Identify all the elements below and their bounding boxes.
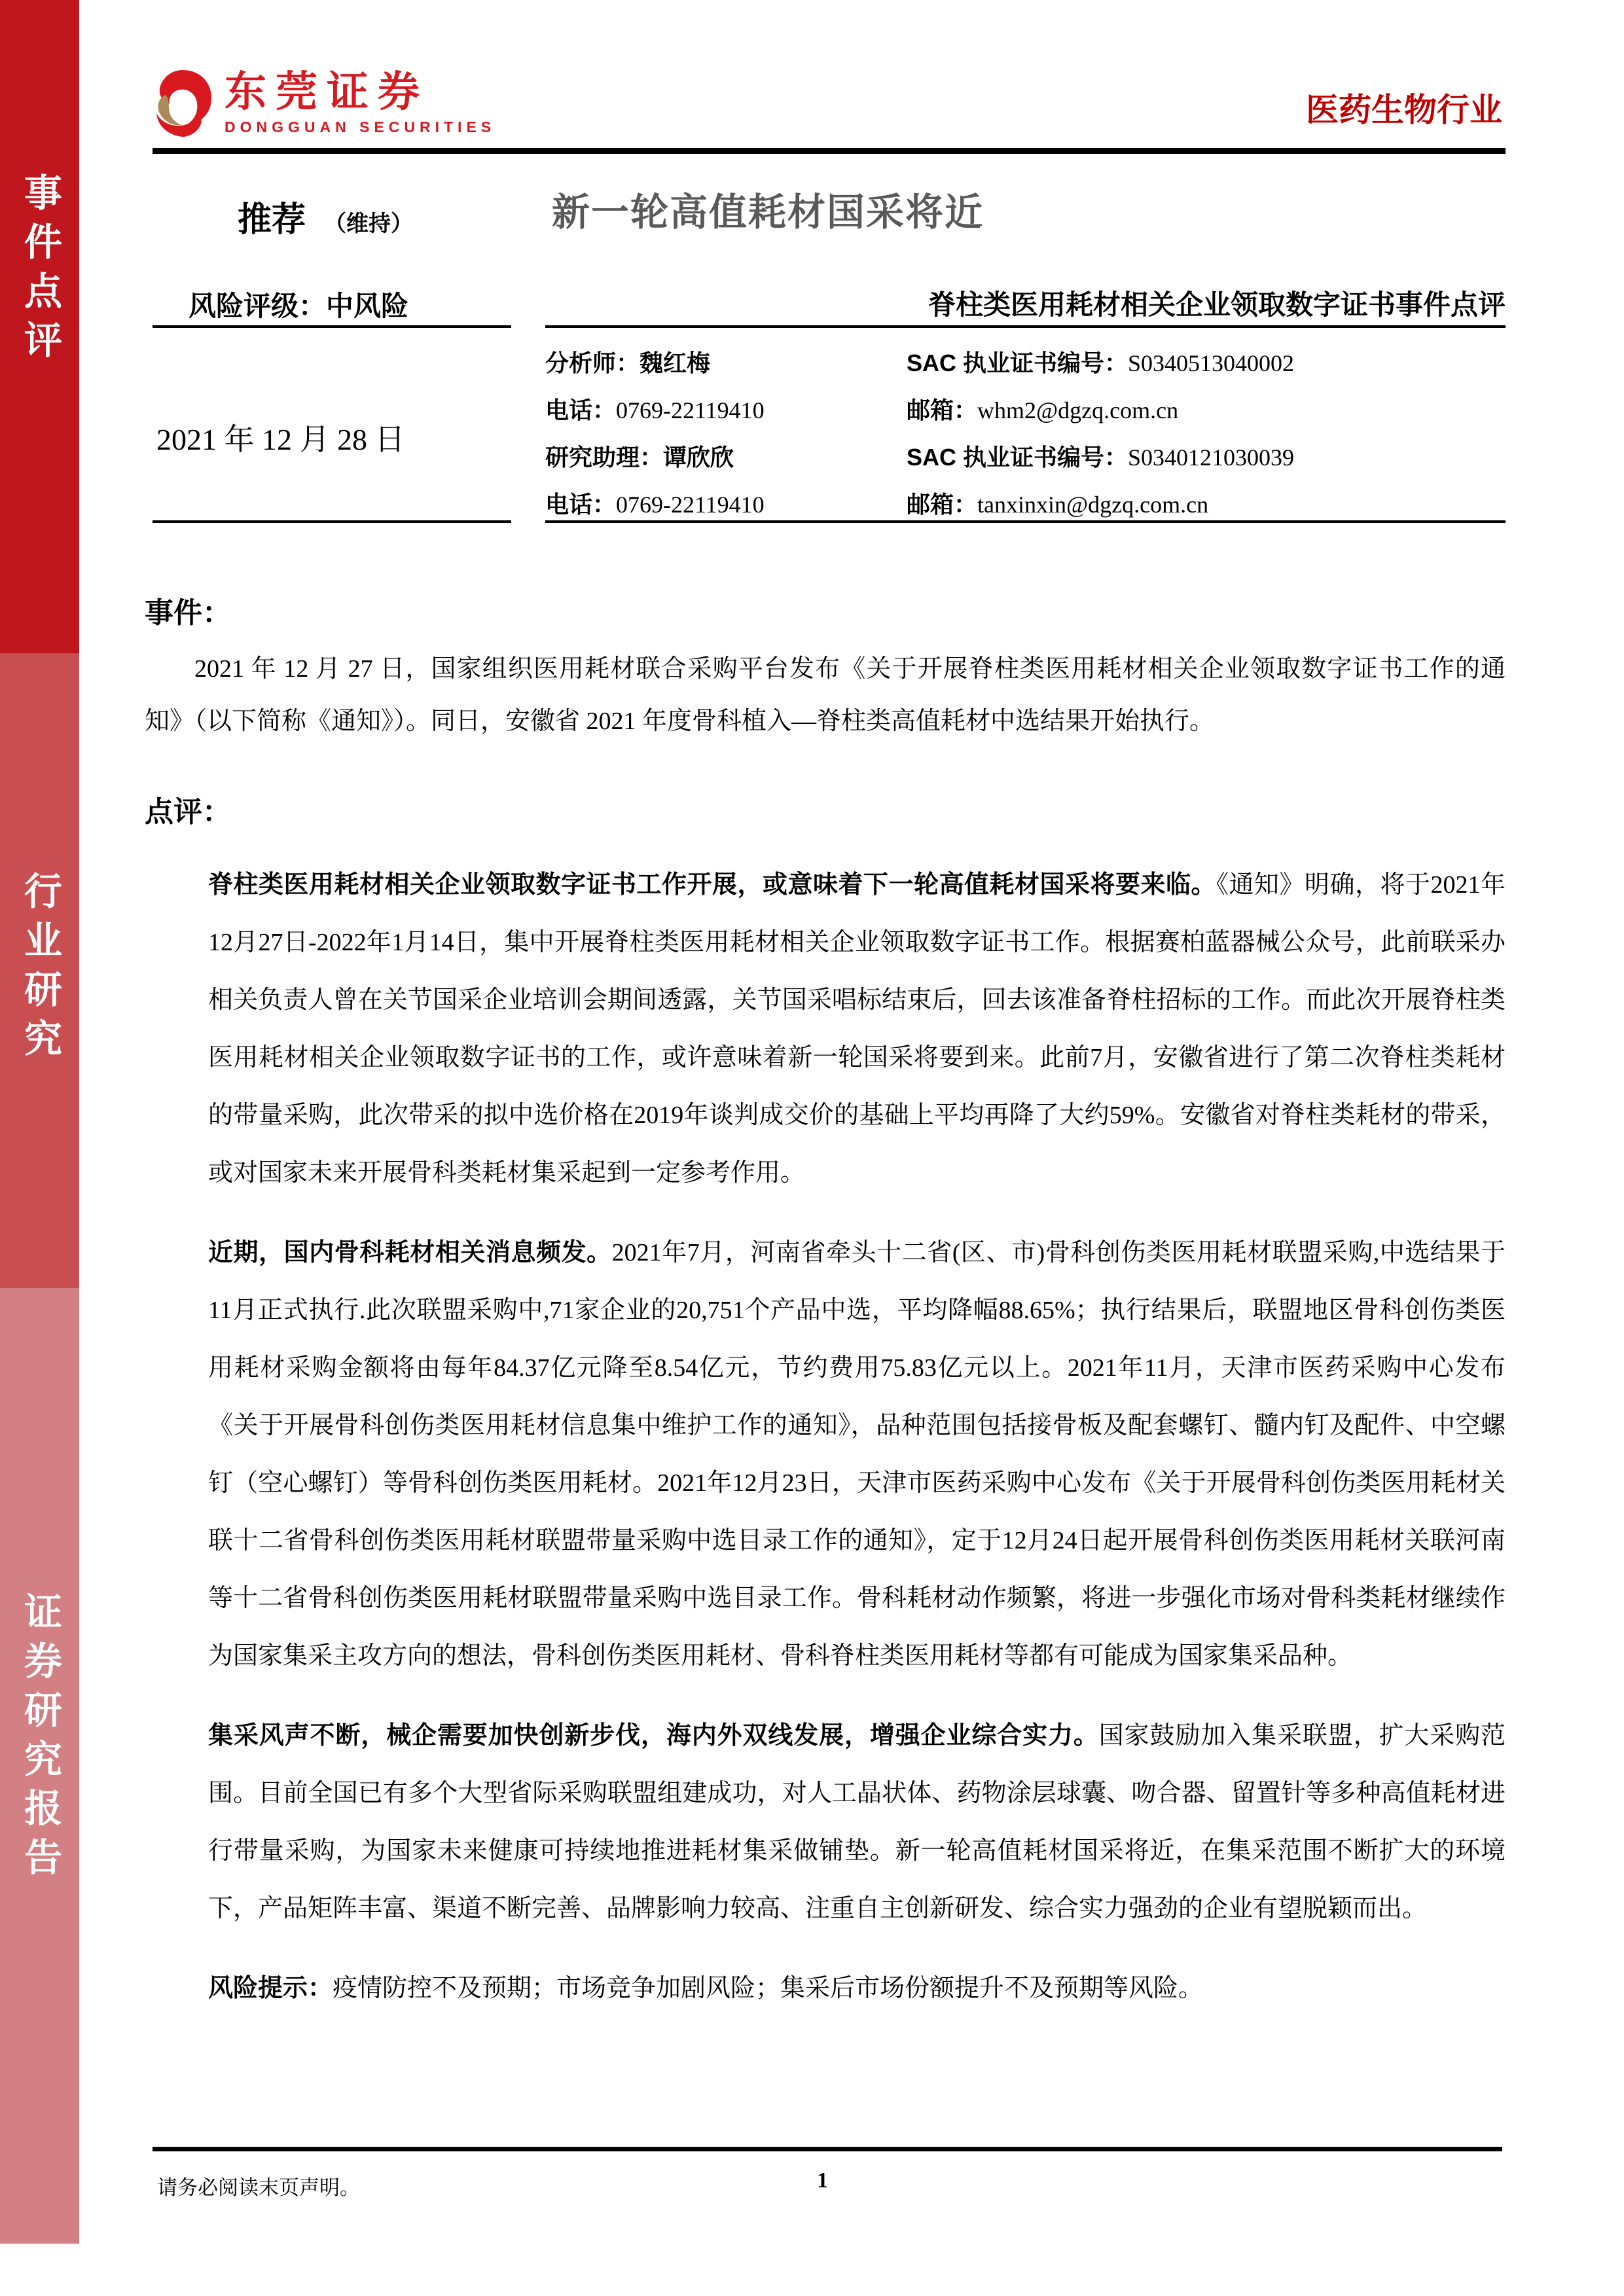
comment-paragraph: 近期，国内骨科耗材相关消息频发。2021年7月，河南省牵头十二省(区、市)骨科创… bbox=[208, 1224, 1506, 1685]
brand-name-en: DONGGUAN SECURITIES bbox=[225, 118, 496, 136]
sidebar-label-event-review: 事件点评 bbox=[0, 0, 79, 653]
divider bbox=[545, 325, 1506, 328]
paragraph-lead: 风险提示： bbox=[208, 1975, 333, 2002]
paragraph-text: 《通知》明确，将于2021年12月27日-2022年1月14日，集中开展脊柱类医… bbox=[208, 871, 1506, 1187]
risk-rating: 风险评级：中风险 bbox=[189, 285, 408, 324]
comment-section: 脊柱类医用耗材相关企业领取数字证书工作开展，或意味着下一轮高值耗材国采将要来临。… bbox=[208, 856, 1506, 2017]
analyst-value: S0340121030039 bbox=[1128, 444, 1294, 471]
sidebar-label-industry-research: 行业研究 bbox=[0, 653, 79, 1288]
analyst-row: SAC 执业证书编号：S0340121030039 bbox=[907, 439, 1294, 473]
header: 东莞证券 DONGGUAN SECURITIES 医药生物行业 bbox=[153, 0, 1506, 154]
analyst-row: 研究助理：谭欣欣 bbox=[545, 439, 734, 473]
analyst-label: 研究助理：谭欣欣 bbox=[545, 444, 734, 471]
paragraph-text: 国家鼓励加入集采联盟，扩大采购范围。目前全国已有多个大型省际采购联盟组建成功，对… bbox=[208, 1722, 1506, 1922]
info-block: 推荐（维持） 风险评级：中风险 2021 年 12 月 28 日 新一轮高值耗材… bbox=[153, 154, 1506, 527]
analyst-label: 邮箱： bbox=[907, 397, 977, 423]
sidebar-segment-event-review: 事件点评 bbox=[0, 0, 79, 653]
page-number: 1 bbox=[817, 2168, 828, 2193]
sidebar-segment-industry-research: 行业研究 bbox=[0, 653, 79, 1288]
rating-line: 推荐（维持） bbox=[238, 192, 413, 241]
sidebar-label-securities-report: 证券研究报告 bbox=[0, 1288, 79, 2244]
analyst-label: 邮箱： bbox=[907, 491, 977, 518]
divider bbox=[545, 520, 1506, 523]
divider bbox=[153, 325, 511, 328]
analyst-label: 电话： bbox=[545, 397, 616, 423]
footer-divider bbox=[153, 2147, 1502, 2151]
analyst-label: 电话： bbox=[545, 491, 616, 518]
paragraph-lead: 集采风声不断，械企需要加快创新步伐，海内外双线发展，增强企业综合实力。 bbox=[208, 1722, 1099, 1749]
analyst-value: 0769-22119410 bbox=[616, 397, 765, 423]
analyst-value: 0769-22119410 bbox=[616, 492, 765, 518]
main-column: 东莞证券 DONGGUAN SECURITIES 医药生物行业 推荐（维持） 风… bbox=[153, 0, 1506, 2017]
brand-name-cn: 东莞证券 bbox=[225, 69, 496, 115]
rating-status: （维持） bbox=[324, 211, 413, 236]
industry-tag: 医药生物行业 bbox=[1306, 84, 1502, 131]
sidebar: 事件点评 行业研究 证券研究报告 bbox=[0, 0, 79, 2244]
comment-paragraph: 集采风声不断，械企需要加快创新步伐，海内外双线发展，增强企业综合实力。国家鼓励加… bbox=[208, 1707, 1506, 1937]
event-heading: 事件： bbox=[145, 589, 1506, 631]
analyst-row: 分析师：魏红梅 bbox=[545, 345, 710, 378]
analyst-value: tanxinxin@dgzq.com.cn bbox=[977, 492, 1208, 518]
report-page: 事件点评 行业研究 证券研究报告 东莞证券 DONGGUAN SECURITIE… bbox=[0, 0, 1624, 2296]
analyst-row: 电话：0769-22119410 bbox=[545, 486, 765, 520]
report-date: 2021 年 12 月 28 日 bbox=[156, 416, 405, 459]
event-paragraph: 2021 年 12 月 27 日，国家组织医用耗材联合采购平台发布《关于开展脊柱… bbox=[145, 643, 1506, 747]
comment-heading: 点评： bbox=[145, 788, 1506, 830]
analyst-value: S0340513040002 bbox=[1128, 350, 1294, 376]
report-subtitle: 脊柱类医用耗材相关企业领取数字证书事件点评 bbox=[928, 283, 1506, 323]
comment-paragraph: 脊柱类医用耗材相关企业领取数字证书工作开展，或意味着下一轮高值耗材国采将要来临。… bbox=[208, 856, 1506, 1202]
footer-disclaimer: 请务必阅读末页声明。 bbox=[157, 2171, 360, 2200]
rating-value: 推荐 bbox=[238, 201, 306, 239]
brand-logo: 东莞证券 DONGGUAN SECURITIES bbox=[153, 69, 496, 137]
analyst-row: 邮箱：tanxinxin@dgzq.com.cn bbox=[907, 486, 1208, 520]
paragraph-text: 疫情防控不及预期；市场竞争加剧风险；集采后市场份额提升不及预期等风险。 bbox=[333, 1975, 1203, 2002]
analyst-row: SAC 执业证书编号：S0340513040002 bbox=[907, 345, 1294, 378]
sidebar-segment-securities-report: 证券研究报告 bbox=[0, 1288, 79, 2244]
paragraph-lead: 近期，国内骨科耗材相关消息频发。 bbox=[208, 1239, 612, 1266]
report-title: 新一轮高值耗材国采将近 bbox=[552, 181, 984, 236]
paragraph-text: 2021年7月，河南省牵头十二省(区、市)骨科创伤类医用耗材联盟采购,中选结果于… bbox=[208, 1239, 1506, 1670]
analyst-row: 电话：0769-22119410 bbox=[545, 392, 765, 425]
risk-warning-paragraph: 风险提示：疫情防控不及预期；市场竞争加剧风险；集采后市场份额提升不及预期等风险。 bbox=[208, 1960, 1506, 2017]
paragraph-lead: 脊柱类医用耗材相关企业领取数字证书工作开展，或意味着下一轮高值耗材国采将要来临。 bbox=[208, 871, 1216, 899]
analyst-label: 分析师：魏红梅 bbox=[545, 350, 710, 376]
brand-text: 东莞证券 DONGGUAN SECURITIES bbox=[225, 69, 496, 136]
dongguan-securities-logo-icon bbox=[153, 69, 213, 137]
analyst-row: 邮箱：whm2@dgzq.com.cn bbox=[907, 392, 1178, 425]
divider bbox=[153, 520, 511, 523]
analyst-value: whm2@dgzq.com.cn bbox=[977, 397, 1178, 423]
analyst-label: SAC 执业证书编号： bbox=[907, 350, 1128, 376]
analyst-label: SAC 执业证书编号： bbox=[907, 444, 1128, 471]
